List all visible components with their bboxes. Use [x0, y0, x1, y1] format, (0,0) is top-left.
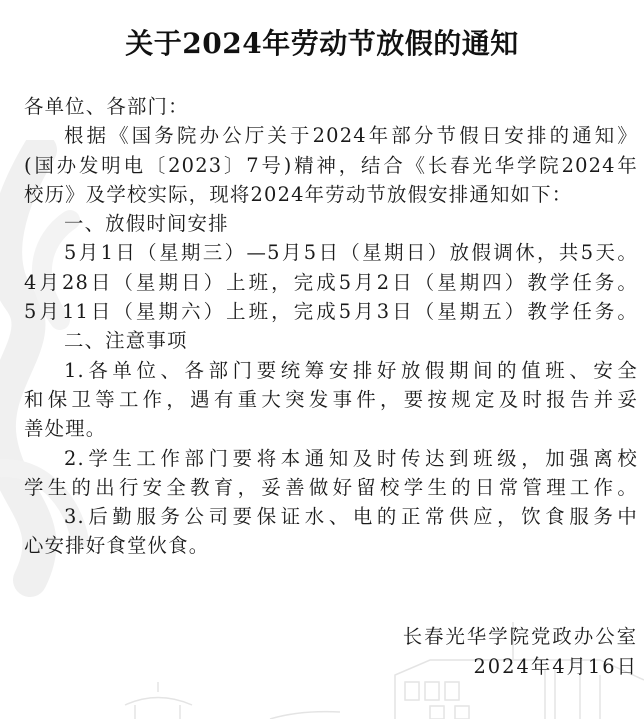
note-line: 学生的出行安全教育，妥善做好留校学生的日常管理工作。: [24, 473, 638, 502]
note-item-1: 1.各单位、各部门要统筹安排好放假期间的值班、安全 和保卫等工作，遇有重大突发事…: [24, 356, 638, 444]
note-line: 2.学生工作部门要将本通知及时传达到班级，加强离校: [24, 444, 638, 473]
note-line: 善处理。: [24, 414, 638, 443]
intro-line: (国办发明电〔2023〕7号)精神，结合《长春光华学院2024年: [24, 151, 638, 180]
section-notes: 二、注意事项 1.各单位、各部门要统筹安排好放假期间的值班、安全 和保卫等工作，…: [24, 326, 638, 560]
issue-date: 2024年4月16日: [403, 652, 638, 682]
intro-line: 校历》及学校实际，现将2024年劳动节放假安排通知如下：: [24, 180, 638, 209]
note-line: 和保卫等工作，遇有重大突发事件，要按规定及时报告并妥: [24, 385, 638, 414]
note-item-3: 3.后勤服务公司要保证水、电的正常供应，饮食服务中 心安排好食堂伙食。: [24, 502, 638, 561]
schedule-line: 5月11日（星期六）上班，完成5月3日（星期五）教学任务。: [24, 297, 638, 326]
note-line: 3.后勤服务公司要保证水、电的正常供应，饮食服务中: [24, 502, 638, 531]
intro-line: 根据《国务院办公厅关于2024年部分节假日安排的通知》: [24, 121, 638, 150]
schedule-line: 4月28日（星期日）上班，完成5月2日（星期四）教学任务。: [24, 268, 638, 297]
section-heading: 二、注意事项: [24, 326, 638, 355]
section-heading: 一、放假时间安排: [24, 209, 638, 238]
signature-block: 长春光华学院党政办公室 2024年4月16日: [403, 622, 638, 682]
schedule-line: 5月1日（星期三）—5月5日（星期日）放假调休，共5天。: [24, 238, 638, 267]
issuer-name: 长春光华学院党政办公室: [403, 622, 638, 652]
salutation: 各单位、各部门：: [24, 92, 638, 121]
note-line: 心安排好食堂伙食。: [24, 531, 638, 560]
document-title: 关于2024年劳动节放假的通知: [0, 22, 644, 62]
intro-paragraph: 根据《国务院办公厅关于2024年部分节假日安排的通知》 (国办发明电〔2023〕…: [24, 121, 638, 209]
section-schedule: 一、放假时间安排 5月1日（星期三）—5月5日（星期日）放假调休，共5天。 4月…: [24, 209, 638, 326]
document-body: 各单位、各部门： 根据《国务院办公厅关于2024年部分节假日安排的通知》 (国办…: [24, 92, 638, 561]
note-item-2: 2.学生工作部门要将本通知及时传达到班级，加强离校 学生的出行安全教育，妥善做好…: [24, 444, 638, 503]
note-line: 1.各单位、各部门要统筹安排好放假期间的值班、安全: [24, 356, 638, 385]
